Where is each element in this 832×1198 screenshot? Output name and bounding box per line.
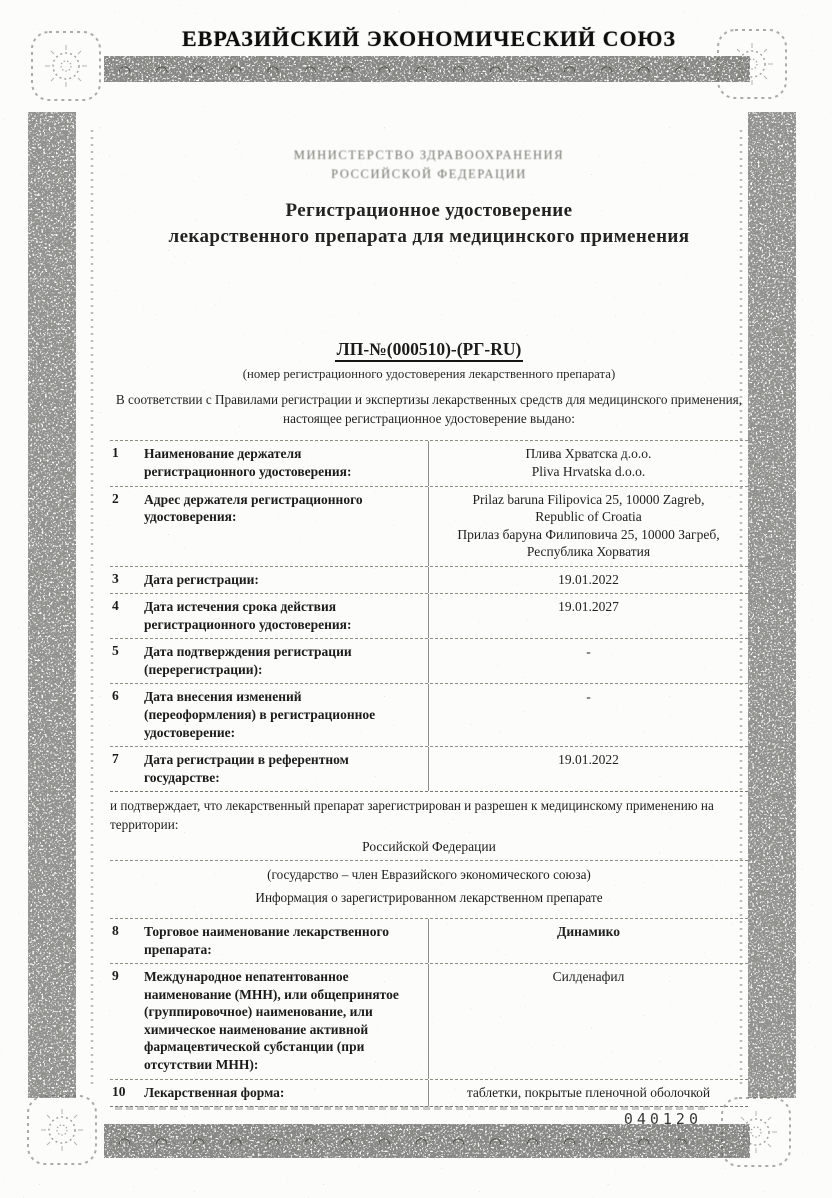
row-value: Плива Хрватска д.о.о. Pliva Hrvatska d.o… [428,441,748,485]
union-title: ЕВРАЗИЙСКИЙ ЭКОНОМИЧЕСКИЙ СОЮЗ [110,26,748,52]
divider-rule [110,860,748,861]
table-row: 6 Дата внесения изменений (переоформлени… [110,683,748,746]
row-label: Дата регистрации в референтном государст… [140,747,428,791]
row-value: 19.01.2022 [428,747,748,791]
registration-number-caption: (номер регистрационного удостоверения ле… [110,367,748,382]
row-value: - [428,639,748,683]
stamp-number: 040120 [110,1110,748,1128]
table-row: 10 Лекарственная форма: таблетки, покрыт… [110,1079,748,1107]
row-label: Дата внесения изменений (переоформления)… [140,684,428,746]
territory-caption: (государство – член Евразийского экономи… [110,867,748,883]
confirmation-paragraph: и подтверждает, что лекарственный препар… [110,797,748,834]
row-value: Силденафил [428,964,748,1078]
svg-text:◠◠◠◠◠◠◠◠◠◠◠◠◠◠◠◠: ◠◠◠◠◠◠◠◠◠◠◠◠◠◠◠◠ [118,1134,711,1152]
table-row: 7 Дата регистрации в референтном государ… [110,746,748,791]
ministry-line2: РОССИЙСКОЙ ФЕДЕРАЦИИ [110,165,748,184]
row-label: Международное непатентованное наименован… [140,964,428,1078]
row-value: - [428,684,748,746]
row-label: Дата регистрации: [140,567,428,594]
table-row: 9 Международное непатентованное наименов… [110,963,748,1078]
product-info-heading: Информация о зарегистрированном лекарств… [110,890,748,906]
row-label: Адрес держателя регистрационного удостов… [140,487,428,566]
holder-table: 1 Наименование держателя регистрационног… [110,440,748,792]
document-page: ◠◠◠◠◠◠◠◠◠◠◠◠◠◠◠◠ ◠◠◠◠◠◠◠◠◠◠◠◠◠◠◠◠ ЕВРАЗИ… [0,0,832,1198]
intro-paragraph: В соответствии с Правилами регистрации и… [110,391,748,428]
row-number: 8 [110,919,140,963]
document-title-line1: Регистрационное удостоверение [110,198,748,225]
row-number: 1 [110,441,140,485]
row-number: 4 [110,594,140,638]
ministry-line1: МИНИСТЕРСТВО ЗДРАВООХРАНЕНИЯ [110,146,748,165]
product-table: 8 Торговое наименование лекарственного п… [110,918,748,1107]
table-row: 4 Дата истечения срока действия регистра… [110,593,748,638]
row-value: Prilaz baruna Filipovica 25, 10000 Zagre… [428,487,748,566]
row-number: 5 [110,639,140,683]
table-row: 3 Дата регистрации: 19.01.2022 [110,566,748,594]
row-number: 9 [110,964,140,1078]
row-number: 3 [110,567,140,594]
document-title: Регистрационное удостоверение лекарствен… [110,198,748,252]
row-value: таблетки, покрытые пленочной оболочкой [428,1080,748,1107]
row-label: Торговое наименование лекарственного пре… [140,919,428,963]
table-row: 1 Наименование держателя регистрационног… [110,441,748,485]
table-row: 5 Дата подтверждения регистрации (перере… [110,638,748,683]
row-number: 7 [110,747,140,791]
row-label: Дата истечения срока действия регистраци… [140,594,428,638]
table-row: 8 Торговое наименование лекарственного п… [110,919,748,963]
territory-name: Российской Федерации [110,839,748,855]
row-label: Лекарственная форма: [140,1080,428,1107]
registration-number: ЛП-№(000510)-(РГ-RU) [110,339,748,360]
row-number: 10 [110,1080,140,1107]
row-label: Дата подтверждения регистрации (перереги… [140,639,428,683]
table-row: 2 Адрес держателя регистрационного удост… [110,486,748,566]
document-content: ЕВРАЗИЙСКИЙ ЭКОНОМИЧЕСКИЙ СОЮЗ МИНИСТЕРС… [0,0,832,1128]
row-label: Наименование держателя регистрационного … [140,441,428,485]
row-value: 19.01.2027 [428,594,748,638]
row-number: 2 [110,487,140,566]
row-value: 19.01.2022 [428,567,748,594]
ministry-heading: МИНИСТЕРСТВО ЗДРАВООХРАНЕНИЯ РОССИЙСКОЙ … [110,146,748,184]
row-value: Динамико [428,919,748,963]
row-number: 6 [110,684,140,746]
document-title-line2: лекарственного препарата для медицинског… [110,224,748,251]
